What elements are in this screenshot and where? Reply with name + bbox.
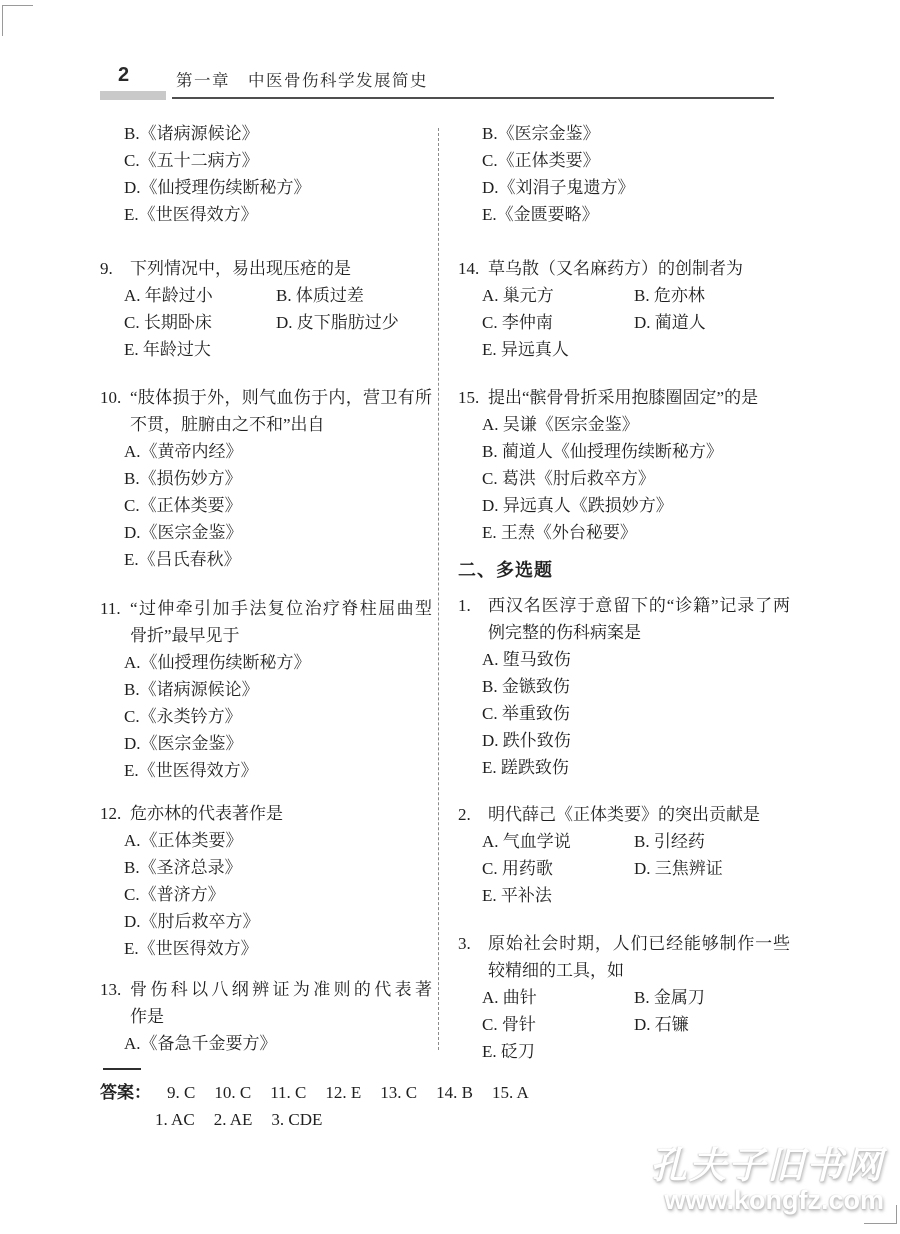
book-page: 2 第一章 中医骨伤科学发展简史 B.《诸病源候论》 C.《五十二病方》 D.《… — [0, 0, 900, 1234]
question-12: 12. 危亦林的代表著作是 A.《正体类要》 B.《圣济总录》 C.《普济方》 … — [100, 800, 432, 962]
stem-text: 草乌散（又名麻药方）的创制者为 — [488, 255, 790, 282]
option-line: E.《吕氏春秋》 — [100, 546, 432, 573]
option-row: C. 李仲南 D. 蔺道人 — [458, 309, 790, 336]
answer-item: 9. C — [167, 1079, 195, 1106]
option-row: A. 气血学说 B. 引经药 — [458, 828, 790, 855]
question-stem: 11. “过伸牵引加手法复位治疗脊柱屈曲型 — [100, 595, 432, 622]
watermark-site-name: 孔夫子旧书网 — [650, 1135, 884, 1189]
question-m1: 1. 西汉名医淳于意留下的“诊籍”记录了两 例完整的伤科病案是 A. 堕马致伤 … — [458, 592, 790, 781]
question-m3: 3. 原始社会时期，人们已经能够制作一些 较精细的工具，如 A. 曲针 B. 金… — [458, 930, 790, 1065]
page-number: 2 — [118, 64, 129, 87]
option-row: E. 异远真人 — [458, 336, 790, 363]
option-line: C. 举重致伤 — [458, 700, 790, 727]
option-cell: B. 危亦林 — [634, 282, 705, 309]
option-line: C. 葛洪《肘后救卒方》 — [458, 465, 790, 492]
question-number: 13. — [100, 976, 130, 1003]
stem-text: 西汉名医淳于意留下的“诊籍”记录了两 — [488, 592, 790, 619]
answers-rule — [103, 1068, 141, 1070]
orphan-options-block: B.《诸病源候论》 C.《五十二病方》 D.《仙授理伤续断秘方》 E.《世医得效… — [100, 120, 432, 228]
question-number: 11. — [100, 595, 130, 622]
option-line: B.《圣济总录》 — [100, 854, 432, 881]
option-row: C. 骨针 D. 石镰 — [458, 1011, 790, 1038]
stem-continuation: 不贯，脏腑由之不和”出自 — [100, 411, 432, 438]
question-number: 1. — [458, 592, 488, 619]
option-line: B. 蔺道人《仙授理伤续断秘方》 — [458, 438, 790, 465]
option-row: C. 用药歌 D. 三焦辨证 — [458, 855, 790, 882]
option-line: D. 跌仆致伤 — [458, 727, 790, 754]
question-number: 12. — [100, 800, 130, 827]
option-cell: A. 巢元方 — [482, 282, 634, 309]
option-line: E.《世医得效方》 — [100, 935, 432, 962]
question-stem: 10. “肢体损于外，则气血伤于内，营卫有所 — [100, 384, 432, 411]
option-cell: C. 骨针 — [482, 1011, 634, 1038]
answer-item: 15. A — [492, 1079, 529, 1106]
option-line: B. 金镞致伤 — [458, 673, 790, 700]
question-number: 14. — [458, 255, 488, 282]
option-cell: E. 砭刀 — [482, 1038, 634, 1065]
option-line: E.《世医得效方》 — [100, 757, 432, 784]
crop-mark-top-left — [2, 5, 33, 36]
question-stem: 9. 下列情况中，易出现压疮的是 — [100, 255, 432, 282]
orphan-options-block: B.《医宗金鉴》 C.《正体类要》 D.《刘涓子鬼遗方》 E.《金匮要略》 — [458, 120, 790, 228]
answer-item: 3. CDE — [271, 1106, 322, 1133]
option-line: A. 吴谦《医宗金鉴》 — [458, 411, 790, 438]
answers-row-2: 1. AC 2. AE 3. CDE — [100, 1106, 740, 1133]
option-row: E. 砭刀 — [458, 1038, 790, 1065]
watermark: 孔夫子旧书网 www.kongfz.com — [650, 1135, 884, 1216]
option-line: D.《肘后救卒方》 — [100, 908, 432, 935]
question-14: 14. 草乌散（又名麻药方）的创制者为 A. 巢元方 B. 危亦林 C. 李仲南… — [458, 255, 790, 363]
option-line: E. 王焘《外台秘要》 — [458, 519, 790, 546]
option-cell: D. 蔺道人 — [634, 309, 706, 336]
question-stem: 13. 骨伤科以八纲辨证为准则的代表著 — [100, 976, 432, 1003]
stem-continuation: 例完整的伤科病案是 — [458, 619, 790, 646]
stem-text: 下列情况中，易出现压疮的是 — [130, 255, 432, 282]
answer-item: 13. C — [380, 1079, 417, 1106]
question-11: 11. “过伸牵引加手法复位治疗脊柱屈曲型 骨折”最早见于 A.《仙授理伤续断秘… — [100, 595, 432, 784]
option-cell: A. 年龄过小 — [124, 282, 276, 309]
option-cell: D. 皮下脂肪过少 — [276, 309, 399, 336]
option-cell: E. 平补法 — [482, 882, 634, 909]
question-stem: 1. 西汉名医淳于意留下的“诊籍”记录了两 — [458, 592, 790, 619]
question-stem: 15. 提出“髌骨骨折采用抱膝圈固定”的是 — [458, 384, 790, 411]
option-row: E. 平补法 — [458, 882, 790, 909]
option-line: E.《世医得效方》 — [100, 201, 432, 228]
question-number: 15. — [458, 384, 488, 411]
stem-continuation: 骨折”最早见于 — [100, 622, 432, 649]
question-10: 10. “肢体损于外，则气血伤于内，营卫有所 不贯，脏腑由之不和”出自 A.《黄… — [100, 384, 432, 573]
chapter-header: 第一章 中医骨伤科学发展简史 — [176, 67, 428, 91]
option-line: C.《正体类要》 — [458, 147, 790, 174]
option-line: A.《仙授理伤续断秘方》 — [100, 649, 432, 676]
option-row: A. 年龄过小 B. 体质过差 — [100, 282, 432, 309]
option-line: A.《备急千金要方》 — [100, 1030, 432, 1057]
option-row: E. 年龄过大 — [100, 336, 432, 363]
answer-item: 11. C — [270, 1079, 306, 1106]
option-line: D.《医宗金鉴》 — [100, 519, 432, 546]
question-9: 9. 下列情况中，易出现压疮的是 A. 年龄过小 B. 体质过差 C. 长期卧床… — [100, 255, 432, 363]
question-number: 10. — [100, 384, 130, 411]
option-line: E.《金匮要略》 — [458, 201, 790, 228]
left-column: B.《诸病源候论》 C.《五十二病方》 D.《仙授理伤续断秘方》 E.《世医得效… — [100, 120, 432, 1057]
question-m2: 2. 明代薛己《正体类要》的突出贡献是 A. 气血学说 B. 引经药 C. 用药… — [458, 801, 790, 909]
option-line: B.《诸病源候论》 — [100, 120, 432, 147]
page-number-bar — [100, 91, 166, 100]
option-line: A.《黄帝内经》 — [100, 438, 432, 465]
option-line: D.《刘涓子鬼遗方》 — [458, 174, 790, 201]
option-cell: D. 石镰 — [634, 1011, 689, 1038]
option-line: B.《损伤妙方》 — [100, 465, 432, 492]
option-line: C.《五十二病方》 — [100, 147, 432, 174]
question-number: 9. — [100, 255, 130, 282]
option-cell: C. 李仲南 — [482, 309, 634, 336]
answers-label: 答案： — [100, 1079, 151, 1106]
option-line: C.《正体类要》 — [100, 492, 432, 519]
option-cell: A. 曲针 — [482, 984, 634, 1011]
option-cell: B. 金属刀 — [634, 984, 705, 1011]
option-cell: D. 三焦辨证 — [634, 855, 723, 882]
option-line: C.《永类钤方》 — [100, 703, 432, 730]
stem-text: “肢体损于外，则气血伤于内，营卫有所 — [130, 384, 432, 411]
option-row: A. 巢元方 B. 危亦林 — [458, 282, 790, 309]
stem-text: 骨伤科以八纲辨证为准则的代表著 — [130, 976, 432, 1003]
answers-row-1: 答案： 9. C 10. C 11. C 12. E 13. C 14. B 1… — [100, 1079, 740, 1106]
question-stem: 3. 原始社会时期，人们已经能够制作一些 — [458, 930, 790, 957]
option-cell: B. 体质过差 — [276, 282, 364, 309]
stem-continuation: 作是 — [100, 1003, 432, 1030]
stem-text: 危亦林的代表著作是 — [130, 800, 432, 827]
question-stem: 14. 草乌散（又名麻药方）的创制者为 — [458, 255, 790, 282]
option-line: D. 异远真人《跌损妙方》 — [458, 492, 790, 519]
option-line: E. 蹉跌致伤 — [458, 754, 790, 781]
option-line: A.《正体类要》 — [100, 827, 432, 854]
stem-text: “过伸牵引加手法复位治疗脊柱屈曲型 — [130, 595, 432, 622]
option-cell: A. 气血学说 — [482, 828, 634, 855]
column-divider — [438, 128, 439, 1050]
option-cell: E. 异远真人 — [482, 336, 634, 363]
answer-item: 12. E — [325, 1079, 361, 1106]
option-cell: E. 年龄过大 — [124, 336, 276, 363]
stem-text: 原始社会时期，人们已经能够制作一些 — [488, 930, 790, 957]
option-line: A. 堕马致伤 — [458, 646, 790, 673]
answer-item: 14. B — [436, 1079, 473, 1106]
option-cell: B. 引经药 — [634, 828, 705, 855]
option-row: A. 曲针 B. 金属刀 — [458, 984, 790, 1011]
option-line: C.《普济方》 — [100, 881, 432, 908]
option-cell: C. 用药歌 — [482, 855, 634, 882]
stem-continuation: 较精细的工具，如 — [458, 957, 790, 984]
option-cell: C. 长期卧床 — [124, 309, 276, 336]
option-line: D.《仙授理伤续断秘方》 — [100, 174, 432, 201]
question-stem: 2. 明代薛己《正体类要》的突出贡献是 — [458, 801, 790, 828]
question-15: 15. 提出“髌骨骨折采用抱膝圈固定”的是 A. 吴谦《医宗金鉴》 B. 蔺道人… — [458, 384, 790, 546]
option-line: B.《医宗金鉴》 — [458, 120, 790, 147]
stem-text: 提出“髌骨骨折采用抱膝圈固定”的是 — [488, 384, 790, 411]
option-row: C. 长期卧床 D. 皮下脂肪过少 — [100, 309, 432, 336]
option-line: B.《诸病源候论》 — [100, 676, 432, 703]
stem-text: 明代薛己《正体类要》的突出贡献是 — [488, 801, 790, 828]
option-line: D.《医宗金鉴》 — [100, 730, 432, 757]
header-rule — [172, 97, 774, 99]
question-13: 13. 骨伤科以八纲辨证为准则的代表著 作是 A.《备急千金要方》 — [100, 976, 432, 1057]
answer-item: 2. AE — [214, 1106, 253, 1133]
answer-item: 1. AC — [155, 1106, 195, 1133]
section-heading-multiple-choice: 二、多选题 — [458, 556, 790, 584]
right-column: B.《医宗金鉴》 C.《正体类要》 D.《刘涓子鬼遗方》 E.《金匮要略》 14… — [458, 120, 790, 1065]
question-number: 2. — [458, 801, 488, 828]
question-stem: 12. 危亦林的代表著作是 — [100, 800, 432, 827]
answers-block: 答案： 9. C 10. C 11. C 12. E 13. C 14. B 1… — [100, 1068, 740, 1133]
answer-item: 10. C — [214, 1079, 251, 1106]
watermark-url: www.kongfz.com — [650, 1185, 884, 1216]
question-number: 3. — [458, 930, 488, 957]
